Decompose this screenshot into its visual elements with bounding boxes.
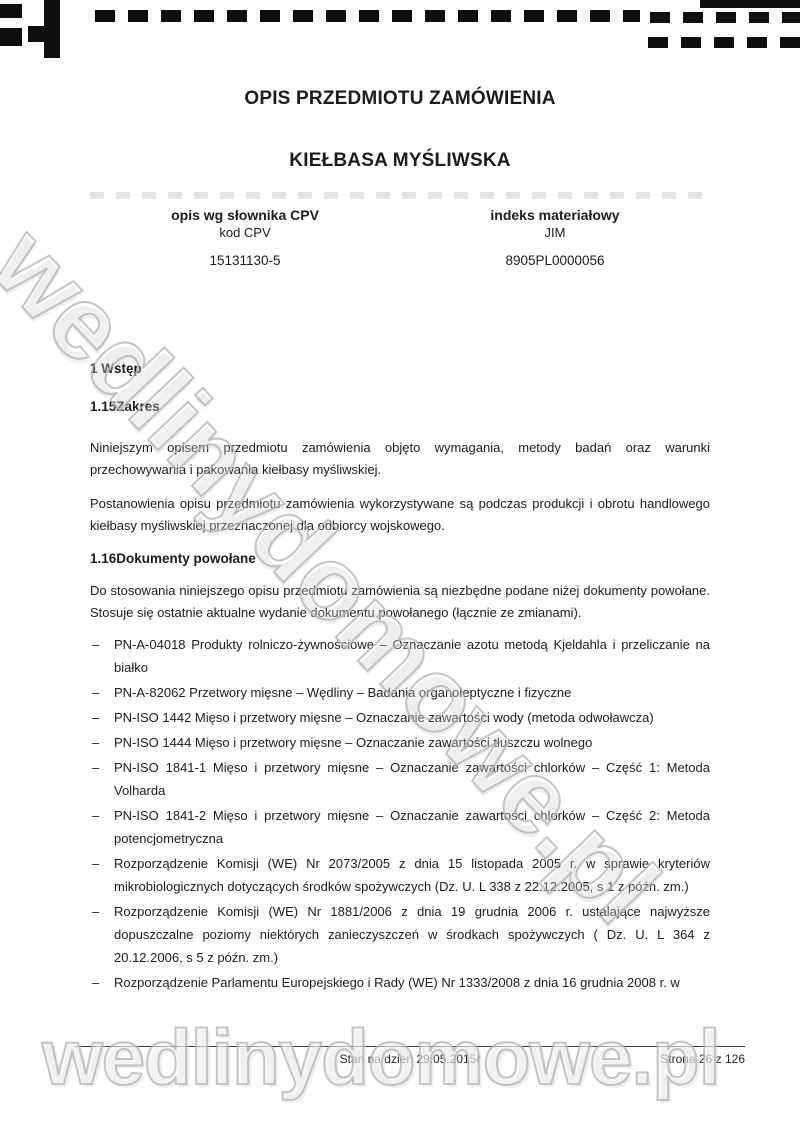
heading-zakres: 1.15Zakres [90, 398, 710, 416]
cpv-code: 15131130-5 [90, 253, 400, 268]
code-row: opis wg słownika CPV kod CPV 15131130-5 … [90, 206, 710, 268]
reference-item: – Rozporządzenie Parlamentu Europejskieg… [90, 971, 710, 994]
footer-page-number: Strona 26 z 126 [660, 1052, 745, 1066]
cpv-sublabel: kod CPV [90, 224, 400, 241]
scan-artifact-dashes [95, 10, 640, 22]
list-dash: – [90, 706, 114, 729]
document-content: OPIS PRZEDMIOTU ZAMÓWIENIA KIEŁBASA MYŚL… [90, 88, 710, 996]
reference-item: – PN-ISO 1841-1 Mięso i przetwory mięsne… [90, 756, 710, 802]
list-dash: – [90, 756, 114, 802]
list-dash: – [90, 731, 114, 754]
scan-artifact-block [0, 4, 22, 18]
reference-item: – PN-ISO 1444 Mięso i przetwory mięsne –… [90, 731, 710, 754]
list-dash: – [90, 633, 114, 679]
jim-column: indeks materiałowy JIM 8905PL0000056 [400, 206, 710, 268]
scan-artifact-block [0, 28, 22, 46]
document-title: OPIS PRZEDMIOTU ZAMÓWIENIA [90, 88, 710, 110]
cpv-column: opis wg słownika CPV kod CPV 15131130-5 [90, 206, 400, 268]
jim-code: 8905PL0000056 [400, 253, 710, 268]
paragraph-zakres-2: Postanowienia opisu przedmiotu zamówieni… [90, 493, 710, 537]
paragraph-zakres-1: Niniejszym opisem przedmiotu zamówienia … [90, 437, 710, 481]
reference-item: – PN-A-04018 Produkty rolniczo-żywnościo… [90, 633, 710, 679]
list-dash: – [90, 681, 114, 704]
jim-sublabel: JIM [400, 224, 710, 241]
reference-text: Rozporządzenie Parlamentu Europejskiego … [114, 971, 710, 994]
reference-item: – Rozporządzenie Komisji (WE) Nr 2073/20… [90, 852, 710, 898]
scan-artifact-block [700, 0, 800, 8]
reference-text: PN-ISO 1444 Mięso i przetwory mięsne – O… [114, 731, 710, 754]
list-dash: – [90, 900, 114, 969]
reference-text: PN-ISO 1442 Mięso i przetwory mięsne – O… [114, 706, 710, 729]
reference-text: PN-A-04018 Produkty rolniczo-żywnościowe… [114, 633, 710, 679]
jim-label: indeks materiałowy [400, 206, 710, 224]
paragraph-dokumenty-intro: Do stosowania niniejszego opisu przedmio… [90, 580, 710, 624]
heading-wstep: 1 Wstęp [90, 360, 710, 378]
scan-artifact-dashes [650, 12, 800, 23]
list-dash: – [90, 852, 114, 898]
reference-item: – Rozporządzenie Komisji (WE) Nr 1881/20… [90, 900, 710, 969]
reference-item: – PN-A-82062 Przetwory mięsne – Wędliny … [90, 681, 710, 704]
reference-list: – PN-A-04018 Produkty rolniczo-żywnościo… [90, 633, 710, 994]
reference-text: Rozporządzenie Komisji (WE) Nr 1881/2006… [114, 900, 710, 969]
list-dash: – [90, 804, 114, 850]
reference-text: Rozporządzenie Komisji (WE) Nr 2073/2005… [114, 852, 710, 898]
scan-artifact-bar [44, 0, 60, 58]
list-dash: – [90, 971, 114, 994]
reference-item: – PN-ISO 1442 Mięso i przetwory mięsne –… [90, 706, 710, 729]
reference-text: PN-ISO 1841-1 Mięso i przetwory mięsne –… [114, 756, 710, 802]
reference-text: PN-ISO 1841-2 Mięso i przetwory mięsne –… [114, 804, 710, 850]
reference-text: PN-A-82062 Przetwory mięsne – Wędliny – … [114, 681, 710, 704]
page-footer: Stan na dzień 29.05.2015r Strona 26 z 12… [75, 1046, 745, 1066]
scan-artifact-dashes [648, 37, 800, 48]
scanned-document-page: { "document": { "title": "OPIS PRZEDMIOT… [0, 0, 800, 1132]
heading-dokumenty: 1.16Dokumenty powołane [90, 550, 710, 568]
reference-item: – PN-ISO 1841-2 Mięso i przetwory mięsne… [90, 804, 710, 850]
cpv-label: opis wg słownika CPV [90, 206, 400, 224]
document-subtitle: KIEŁBASA MYŚLIWSKA [90, 150, 710, 172]
footer-status-date: Stan na dzień 29.05.2015r [75, 1047, 745, 1066]
